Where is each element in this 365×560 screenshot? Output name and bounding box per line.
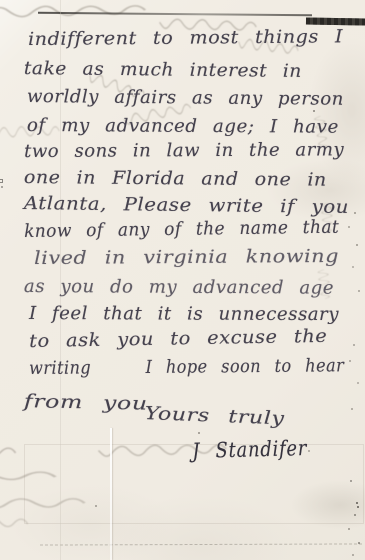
bleed-through-squiggle [0, 1, 148, 20]
letter-line: lived in virginia knowing [34, 248, 339, 268]
letter-line: one in Florida and one in [24, 169, 327, 190]
letter-line: writing I hope soon to hear [29, 357, 344, 378]
letter-line: from you [24, 393, 148, 414]
scan-line-top-thick [306, 17, 365, 25]
scan-line-bottom [40, 543, 362, 545]
fold-crease-vertical-bottom [110, 428, 112, 560]
scan-speck-left-edge [0, 180, 2, 182]
letter-line: know of any of the name that [24, 219, 339, 241]
letter-line: to ask you to excuse the [29, 328, 327, 351]
scan-speckles-right-upper [350, 200, 352, 202]
signature: J Standifer [192, 438, 307, 462]
letter-line: indifferent to most things I [28, 28, 343, 49]
letter-line: Atlanta, Please write if you [24, 195, 349, 217]
letter-line: as you do my advanced age [24, 278, 334, 298]
scan-speckles-right-lower [344, 470, 346, 472]
scan-speckles-right-mid [348, 330, 350, 332]
letter-page: indifferent to most things I take as muc… [0, 0, 365, 560]
bleed-through-squiggle [0, 439, 18, 458]
letter-closing: Yours truly [144, 405, 285, 428]
scan-speckles-scattered [58, 470, 60, 472]
letter-line: I feel that it is unnecessary [29, 305, 339, 324]
letter-line: take as much interest in [24, 60, 302, 81]
letter-line: of my advanced age; I have [27, 117, 339, 137]
letter-line: worldly affairs as any person [27, 88, 344, 109]
letter-line: two sons in law in the army [24, 141, 344, 161]
